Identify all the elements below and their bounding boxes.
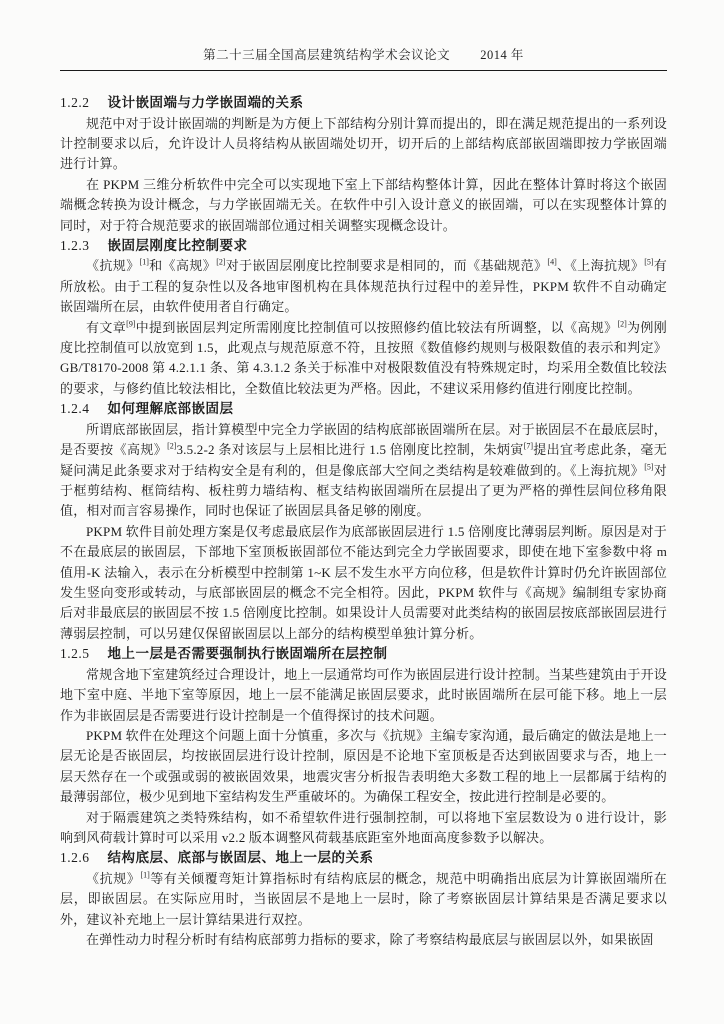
paragraph: 常规含地下室建筑经过合理设计，地上一层通常均可作为嵌固层进行设计控制。当某些建筑… (60, 665, 667, 726)
section-number: 1.2.3 (60, 238, 90, 253)
section-heading: 1.2.5地上一层是否需要强制执行嵌固端所在层控制 (60, 644, 667, 665)
section-heading: 1.2.2设计嵌固端与力学嵌固端的关系 (60, 93, 667, 114)
conference-year: 2014 年 (480, 48, 524, 62)
paragraph: 《抗规》[1]等有关倾覆弯矩计算指标时有结构底层的概念，规范中明确指出底层为计算… (60, 869, 667, 930)
section-number: 1.2.2 (60, 95, 90, 110)
header-rule (60, 70, 667, 71)
section-title: 如何理解底部嵌固层 (108, 401, 234, 416)
paragraph: 在 PKPM 三维分析软件中完全可以实现地下室上下部结构整体计算，因此在整体计算… (60, 175, 667, 236)
paragraph: 对于隔震建筑之类特殊结构，如不希望软件进行强制控制，可以将地下室层数设为 0 进… (60, 808, 667, 849)
section-title: 设计嵌固端与力学嵌固端的关系 (108, 95, 304, 110)
section-heading: 1.2.3嵌固层刚度比控制要求 (60, 236, 667, 257)
paragraph: 所谓底部嵌固层，指计算模型中完全力学嵌固的结构底部嵌固端所在层。对于嵌固层不在最… (60, 420, 667, 522)
section-number: 1.2.5 (60, 646, 90, 661)
section-heading: 1.2.4如何理解底部嵌固层 (60, 399, 667, 420)
section-number: 1.2.6 (60, 850, 90, 865)
section-heading: 1.2.6结构底层、底部与嵌固层、地上一层的关系 (60, 848, 667, 869)
section-title: 结构底层、底部与嵌固层、地上一层的关系 (108, 850, 374, 865)
paper-page: 第二十三届全国高层建筑结构学术会议论文2014 年 1.2.2设计嵌固端与力学嵌… (0, 0, 724, 1024)
paragraph: 有文章[9]中提到嵌固层判定所需刚度比控制值可以按照修约值比较法有所调整，以《高… (60, 318, 667, 400)
paragraph: 在弹性动力时程分析时有结构底部剪力指标的要求，除了考察结构最底层与嵌固层以外，如… (60, 930, 667, 950)
conference-title: 第二十三届全国高层建筑结构学术会议论文 (203, 48, 450, 62)
paper-body: 1.2.2设计嵌固端与力学嵌固端的关系 规范中对于设计嵌固端的判断是为方便上下部… (60, 93, 667, 951)
paragraph: 规范中对于设计嵌固端的判断是为方便上下部结构分别计算而提出的，即在满足规范提出的… (60, 114, 667, 175)
paragraph: PKPM 软件在处理这个问题上面十分慎重，多次与《抗规》主编专家沟通，最后确定的… (60, 726, 667, 808)
section-title: 嵌固层刚度比控制要求 (108, 238, 248, 253)
paragraph: 《抗规》[1]和《高规》[2]对于嵌固层刚度比控制要求是相同的，而《基础规范》[… (60, 256, 667, 317)
section-number: 1.2.4 (60, 401, 90, 416)
paragraph: PKPM 软件目前处理方案是仅考虑最底层作为底部嵌固层进行 1.5 倍刚度比薄弱… (60, 522, 667, 644)
page-header: 第二十三届全国高层建筑结构学术会议论文2014 年 (60, 46, 667, 64)
section-title: 地上一层是否需要强制执行嵌固端所在层控制 (108, 646, 388, 661)
